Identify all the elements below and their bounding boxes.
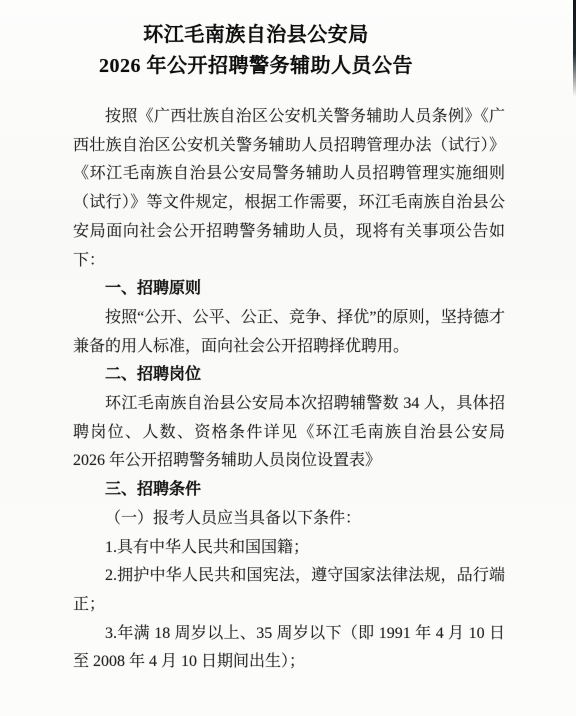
paragraph-positions: 环江毛南族自治县公安局本次招聘辅警数 34 人，具体招聘岗位、人数、资格条件详见…: [73, 390, 505, 476]
heading-recruitment-conditions: 三、招聘条件: [73, 476, 505, 505]
heading-recruitment-principles: 一、招聘原则: [73, 275, 505, 304]
paragraph-conditions-intro: （一）报考人员应当具备以下条件：: [73, 505, 505, 534]
document-page: 环江毛南族自治县公安局 2026 年公开招聘警务辅助人员公告 按照《广西壮族自治…: [0, 0, 576, 716]
document-body: 按照《广西壮族自治区公安机关警务辅助人员条例》《广西壮族自治区公安机关警务辅助人…: [73, 103, 505, 677]
document-title: 环江毛南族自治县公安局 2026 年公开招聘警务辅助人员公告: [73, 20, 439, 82]
document-title-line1: 环江毛南族自治县公安局: [73, 20, 439, 51]
document-content: 环江毛南族自治县公安局 2026 年公开招聘警务辅助人员公告 按照《广西壮族自治…: [73, 0, 505, 677]
heading-recruitment-positions: 二、招聘岗位: [73, 361, 505, 390]
document-title-line2: 2026 年公开招聘警务辅助人员公告: [73, 51, 439, 82]
paragraph-condition-1: 1.具有中华人民共和国国籍；: [73, 534, 505, 563]
paragraph-principles: 按照“公开、公平、公正、竞争、择优”的原则，坚持德才兼备的用人标准，面向社会公开…: [73, 304, 505, 361]
paragraph-intro: 按照《广西壮族自治区公安机关警务辅助人员条例》《广西壮族自治区公安机关警务辅助人…: [73, 103, 505, 275]
paragraph-condition-2: 2.拥护中华人民共和国宪法，遵守国家法律法规，品行端正；: [73, 562, 505, 619]
paragraph-condition-3: 3.年满 18 周岁以上、35 周岁以下（即 1991 年 4 月 10 日至 …: [73, 620, 505, 677]
